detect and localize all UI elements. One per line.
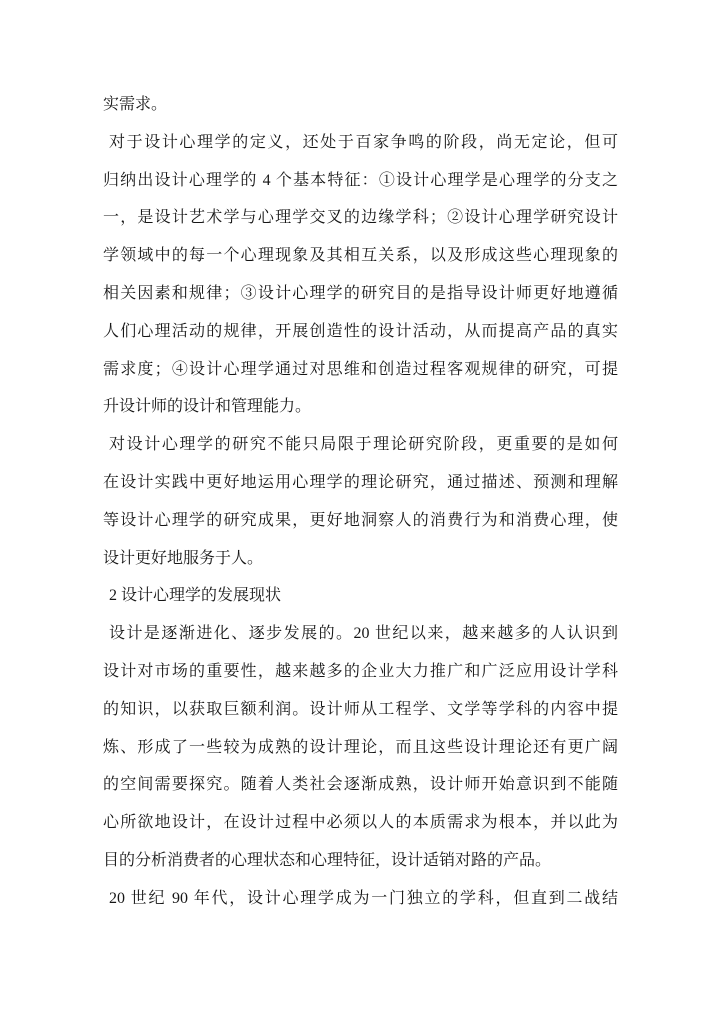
document-line: 心所欲地设计，在设计过程中必须以人的本质需求为根本，并以此为 bbox=[103, 804, 618, 842]
document-line: 炼、形成了一些较为成熟的设计理论，而且这些设计理论还有更广阔 bbox=[103, 729, 618, 767]
document-line: 实需求。 bbox=[103, 86, 618, 124]
document-line: 一，是设计艺术学与心理学交叉的边缘学科；②设计心理学研究设计 bbox=[103, 199, 618, 237]
section-heading: 2 设计心理学的发展现状 bbox=[103, 577, 618, 615]
document-line: 等设计心理学的研究成果，更好地洞察人的消费行为和消费心理，使 bbox=[103, 502, 618, 540]
document-line: 目的分析消费者的心理状态和心理特征，设计适销对路的产品。 bbox=[103, 842, 618, 880]
document-line: 学领域中的每一个心理现象及其相互关系，以及形成这些心理现象的 bbox=[103, 237, 618, 275]
document-line: 设计更好地服务于人。 bbox=[103, 540, 618, 578]
document-line: 的空间需要探究。随着人类社会逐渐成熟，设计师开始意识到不能随 bbox=[103, 766, 618, 804]
document-line: 对设计心理学的研究不能只局限于理论研究阶段，更重要的是如何 bbox=[103, 426, 618, 464]
document-line: 升设计师的设计和管理能力。 bbox=[103, 388, 618, 426]
document-line: 20 世纪 90 年代，设计心理学成为一门独立的学科，但直到二战结 bbox=[103, 880, 618, 918]
document-line: 归纳出设计心理学的 4 个基本特征：①设计心理学是心理学的分支之 bbox=[103, 162, 618, 200]
document-line: 在设计实践中更好地运用心理学的理论研究，通过描述、预测和理解 bbox=[103, 464, 618, 502]
document-line: 对于设计心理学的定义，还处于百家争鸣的阶段，尚无定论，但可 bbox=[103, 124, 618, 162]
document-line: 人们心理活动的规律，开展创造性的设计活动，从而提高产品的真实 bbox=[103, 313, 618, 351]
document-canvas: { "page": { "background_color": "#ffffff… bbox=[0, 0, 721, 1020]
document-line: 需求度；④设计心理学通过对思维和创造过程客观规律的研究，可提 bbox=[103, 351, 618, 389]
document-line: 设计是逐渐进化、逐步发展的。20 世纪以来，越来越多的人认识到 bbox=[103, 615, 618, 653]
document-line: 的知识，以获取巨额利润。设计师从工程学、文学等学科的内容中提 bbox=[103, 691, 618, 729]
document-text-block: 实需求。 对于设计心理学的定义，还处于百家争鸣的阶段，尚无定论，但可 归纳出设计… bbox=[103, 86, 618, 918]
document-line: 设计对市场的重要性，越来越多的企业大力推广和广泛应用设计学科 bbox=[103, 653, 618, 691]
document-page: 实需求。 对于设计心理学的定义，还处于百家争鸣的阶段，尚无定论，但可 归纳出设计… bbox=[0, 0, 721, 1020]
document-line: 相关因素和规律；③设计心理学的研究目的是指导设计师更好地遵循 bbox=[103, 275, 618, 313]
